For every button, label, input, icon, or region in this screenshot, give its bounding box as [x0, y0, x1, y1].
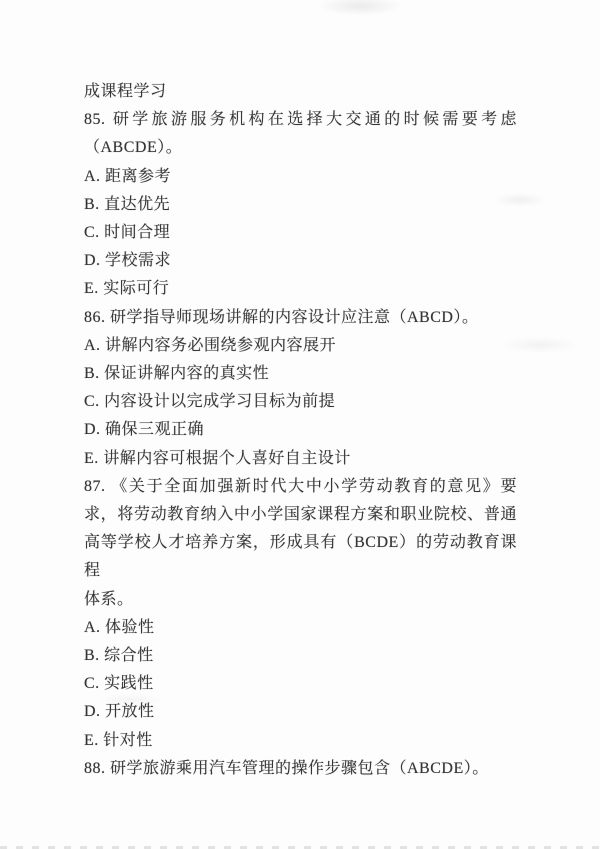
question-87-stem-line-4: 体系。 [84, 586, 517, 614]
question-85-stem-line-1: 85. 研学旅游服务机构在选择大交通的时候需要考虑 [84, 106, 517, 134]
question-85: 85. 研学旅游服务机构在选择大交通的时候需要考虑 （ABCDE）。 A. 距离… [84, 106, 517, 303]
exam-text-block: 成课程学习 85. 研学旅游服务机构在选择大交通的时候需要考虑 （ABCDE）。… [84, 78, 517, 783]
question-87-stem-line-2: 求，将劳动教育纳入中小学国家课程方案和职业院校、普通 [84, 501, 517, 529]
question-87-stem-line-1: 87. 《关于全面加强新时代大中小学劳动教育的意见》要 [84, 473, 517, 501]
question-85-option-d: D. 学校需求 [84, 247, 517, 275]
question-85-stem-line-2: （ABCDE）。 [84, 134, 517, 162]
question-87-option-d: D. 开放性 [84, 698, 517, 726]
question-87-option-e: E. 针对性 [84, 727, 517, 755]
question-88: 88. 研学旅游乘用汽车管理的操作步骤包含（ABCDE）。 [84, 755, 517, 783]
question-85-option-a: A. 距离参考 [84, 163, 517, 191]
question-85-option-c: C. 时间合理 [84, 219, 517, 247]
question-87-option-b: B. 综合性 [84, 642, 517, 670]
question-88-stem-line-1: 88. 研学旅游乘用汽车管理的操作步骤包含（ABCDE）。 [84, 755, 517, 783]
continuation-line: 成课程学习 [84, 78, 517, 106]
question-87: 87. 《关于全面加强新时代大中小学劳动教育的意见》要 求，将劳动教育纳入中小学… [84, 473, 517, 755]
question-86: 86. 研学指导师现场讲解的内容设计应注意（ABCD）。 A. 讲解内容务必围绕… [84, 304, 517, 473]
scanned-exam-page: 成课程学习 85. 研学旅游服务机构在选择大交通的时候需要考虑 （ABCDE）。… [0, 0, 600, 849]
question-86-stem-line-1: 86. 研学指导师现场讲解的内容设计应注意（ABCD）。 [84, 304, 517, 332]
question-86-option-e: E. 讲解内容可根据个人喜好自主设计 [84, 445, 517, 473]
question-86-option-c: C. 内容设计以完成学习目标为前提 [84, 388, 517, 416]
question-87-stem-line-3: 高等学校人才培养方案，形成具有（BCDE）的劳动教育课程 [84, 529, 517, 585]
question-85-option-b: B. 直达优先 [84, 191, 517, 219]
question-87-option-c: C. 实践性 [84, 670, 517, 698]
question-85-option-e: E. 实际可行 [84, 275, 517, 303]
question-86-option-b: B. 保证讲解内容的真实性 [84, 360, 517, 388]
question-86-option-d: D. 确保三观正确 [84, 416, 517, 444]
question-87-option-a: A. 体验性 [84, 614, 517, 642]
question-86-option-a: A. 讲解内容务必围绕参观内容展开 [84, 332, 517, 360]
